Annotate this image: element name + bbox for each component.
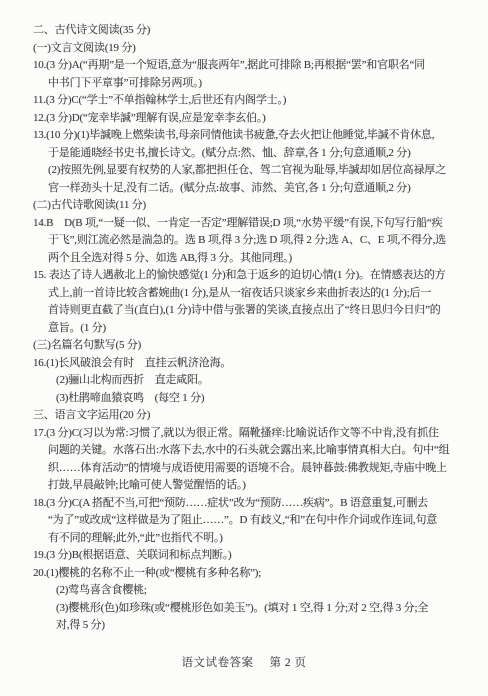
footer-page-number: 第 2 页: [270, 657, 307, 669]
answer-continuation: 有不同的理解;此外,“此”也指代不明。): [33, 530, 482, 548]
answer-continuation: 中书门下平章事”可排除另两项。): [33, 75, 482, 93]
answer-item-10: 10.(3 分)A(“再期”是一个短语,意为“服丧两年”,据此可排除 B;再根据…: [33, 57, 482, 75]
subsection-heading: (二)古代诗歌阅读(11 分): [33, 197, 482, 215]
answer-subitem: (2)骊山北构而西折 直走咸阳。: [33, 372, 482, 390]
answer-continuation: 于是能通晓经书史书,擅长诗文。(赋分点:然、恤、辞章,各 1 分;句意通顺,2 …: [33, 145, 482, 163]
answer-continuation: 式上,前一首诗比较含蓄婉曲(1 分),是从一宿夜话只谈家乡来曲折表达的(1 分)…: [33, 285, 482, 303]
answer-sheet-page: 二、古代诗文阅读(35 分) (一)文言文阅读(19 分) 10.(3 分)A(…: [0, 0, 488, 696]
answer-continuation: 织……体育活动”的情境与成语使用需要的语境不合。晨钟暮鼓:佛教规矩,寺庙中晚上: [33, 460, 482, 478]
answer-continuation: 问题的关键。水落石出:水落下去,水中的石头就会露出来,比喻事情真相大白。句中“组: [33, 442, 482, 460]
answer-continuation: 打鼓,早晨敲钟;比喻可使人警觉醒悟的话。): [33, 477, 482, 495]
answer-continuation: 首诗则更直截了当(直白),(1 分)诗中借与张署的笑谈,直接点出了“终日思归今日…: [33, 302, 482, 320]
section-heading: 三、语言文字运用(20 分): [33, 407, 482, 425]
answer-item-19: 19.(3 分)B(根据语意、关联词和标点判断。): [33, 547, 482, 565]
answer-continuation: “为了”或改成“这样做是为了阻止……”。D 有歧义,“和”在句中作介词或作连词,…: [33, 512, 482, 530]
answer-continuation: 于飞”,则江流必然是湍急的。选 B 项,得 3 分;选 D 项,得 2 分;选 …: [33, 232, 482, 250]
answer-item-18: 18.(3 分)C(A 搭配不当,可把“预防……症状”改为“预防……疾病”。B …: [33, 495, 482, 513]
answer-continuation: 意旨。(1 分): [33, 320, 482, 338]
answer-subitem: (2)莺鸟喜含食樱桃;: [33, 582, 482, 600]
answer-item-17: 17.(3 分)C(习以为常:习惯了,就以为很正常。隔靴搔痒:比喻说话作文等不中…: [33, 425, 482, 443]
answer-item-11: 11.(3 分)C(“学士”不单指翰林学士,后世还有内阁学士。): [33, 92, 482, 110]
answer-subitem: (3)樱桃形(色)如珍珠(或“樱桃形色如美玉”)。(填对 1 空,得 1 分;对…: [33, 600, 482, 618]
answer-item-15: 15. 表达了诗人遇赦北上的愉快感觉(1 分)和急于返乡的迫切心情(1 分)。在…: [33, 267, 482, 285]
subsection-heading: (三)名篇名句默写(5 分): [33, 337, 482, 355]
answer-continuation: 对,得 5 分): [33, 617, 482, 635]
footer-doc-title: 语文试卷答案: [181, 657, 253, 669]
answer-continuation: (2)按照先例,显要有权势的人家,都把担任仓、驾二官视为耻辱,毕諴却如居位高禄厚…: [33, 162, 482, 180]
document-body: 二、古代诗文阅读(35 分) (一)文言文阅读(19 分) 10.(3 分)A(…: [33, 22, 482, 635]
answer-item-14: 14.B D(B 项,“一疑一似、一肯定一否定”理解错误;D 项,“水势平缓”有…: [33, 215, 482, 233]
answer-item-20: 20.(1)樱桃的名称不止一种(或“樱桃有多种名称”);: [33, 565, 482, 583]
page-footer: 语文试卷答案第 2 页: [0, 654, 488, 670]
answer-subitem: (3)杜鹃啼血猿哀鸣 (每空 1 分): [33, 390, 482, 408]
answer-continuation: 官一样劲头十足,没有二话。(赋分点:故事、沛然、美官,各 1 分;句意通顺,2 …: [33, 180, 482, 198]
answer-item-12: 12.(3 分)D(“宠幸毕諴”理解有误,应是宠幸李玄伯。): [33, 110, 482, 128]
answer-item-13: 13.(10 分)(1)毕諴晚上燃柴读书,母亲同情他读书疲惫,夺去火把让他睡觉,…: [33, 127, 482, 145]
section-heading: 二、古代诗文阅读(35 分): [33, 22, 482, 40]
subsection-heading: (一)文言文阅读(19 分): [33, 40, 482, 58]
answer-continuation: 两个且全选对得 5 分、如选 AB,得 3 分。其他同理。): [33, 250, 482, 268]
answer-item-16: 16.(1)长风破浪会有时 直挂云帆济沧海。: [33, 355, 482, 373]
